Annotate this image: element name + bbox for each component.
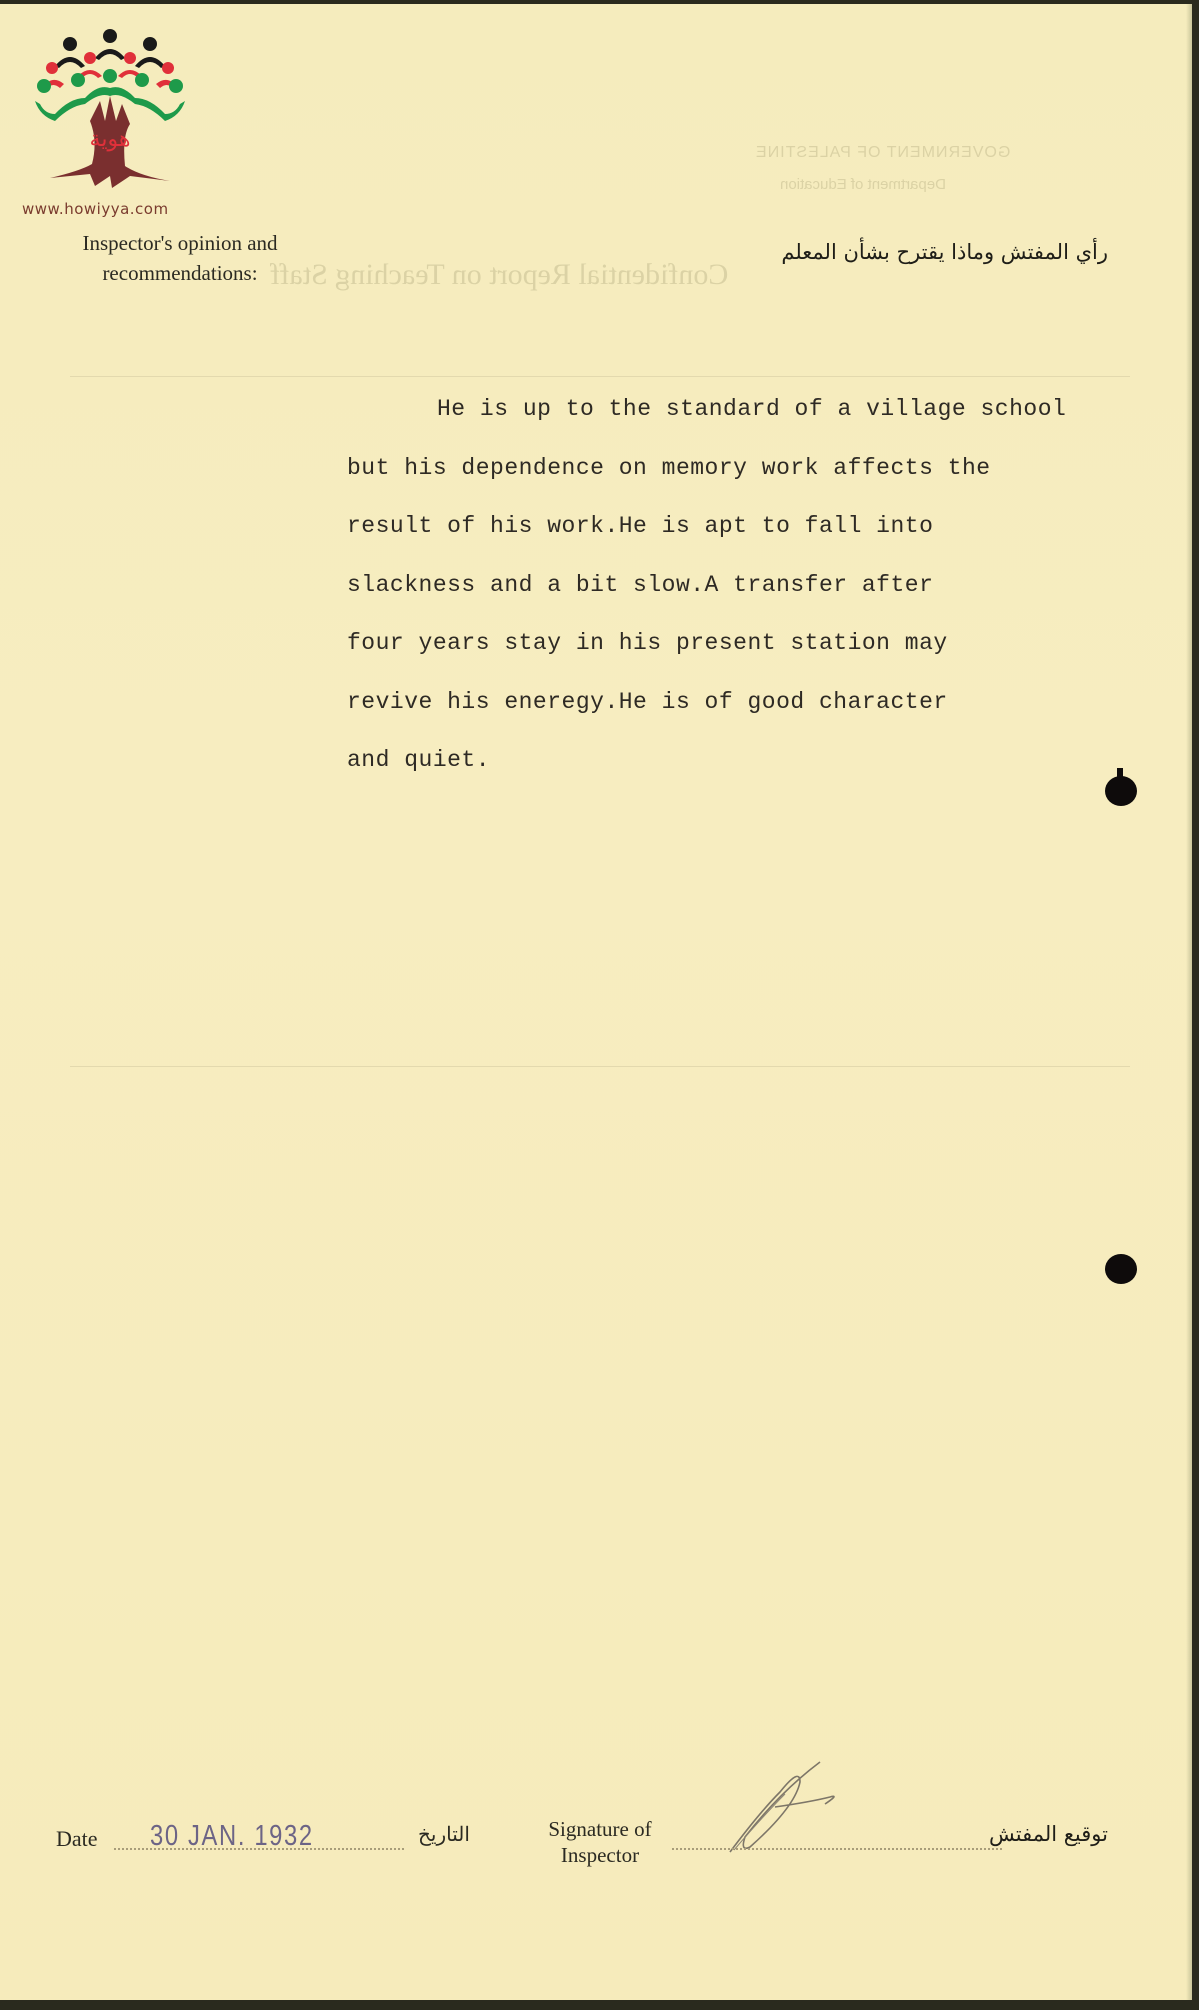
opinion-line: and quiet.: [347, 731, 1107, 790]
opinion-line: but his dependence on memory work affect…: [347, 439, 1107, 498]
bleed-header-2: Department of Education: [780, 176, 946, 193]
date-stamp: 30 JAN. 1932: [150, 1820, 314, 1853]
bleed-rule: [70, 376, 1130, 377]
inspector-opinion-text: He is up to the standard of a village sc…: [347, 380, 1107, 790]
section-title-en-line1: Inspector's opinion and: [40, 228, 320, 258]
opinion-line: result of his work.He is apt to fall int…: [347, 497, 1107, 556]
bleed-form-title: Confidential Report on Teaching Staff: [270, 258, 728, 292]
date-label: Date: [56, 1826, 98, 1852]
punch-hole-icon: [1105, 776, 1137, 806]
opinion-line: four years stay in his present station m…: [347, 614, 1107, 673]
howiyya-logo-icon: هوية: [30, 26, 190, 201]
opinion-line: He is up to the standard of a village sc…: [347, 380, 1107, 439]
signature-label-line1: Signature of: [530, 1816, 670, 1842]
signature-row: Date 30 JAN. 1932 التاريخ Signature of I…: [0, 1814, 1192, 1874]
signature-label-ar: توقيع المفتش: [989, 1822, 1108, 1846]
signature-label: Signature of Inspector: [530, 1816, 670, 1868]
section-title-en-line2: recommendations:: [40, 258, 320, 288]
opinion-line: slackness and a bit slow.A transfer afte…: [347, 556, 1107, 615]
document-page: GOVERNMENT OF PALESTINE Department of Ed…: [0, 4, 1192, 2000]
section-title-en: Inspector's opinion and recommendations:: [40, 228, 320, 288]
watermark-url: www.howiyya.com: [22, 200, 169, 218]
punch-hole-icon: [1105, 1254, 1137, 1284]
signature-dotted-line: [672, 1848, 1002, 1850]
date-label-ar: التاريخ: [418, 1822, 470, 1846]
svg-text:هوية: هوية: [90, 127, 131, 152]
bleed-header-1: GOVERNMENT OF PALESTINE: [755, 144, 1010, 162]
section-title-ar: رأي المفتش وماذا يقترح بشأن المعلم: [781, 240, 1108, 264]
bleed-rule: [70, 1066, 1130, 1067]
signature-label-line2: Inspector: [530, 1842, 670, 1868]
opinion-line: revive his eneregy.He is of good charact…: [347, 673, 1107, 732]
